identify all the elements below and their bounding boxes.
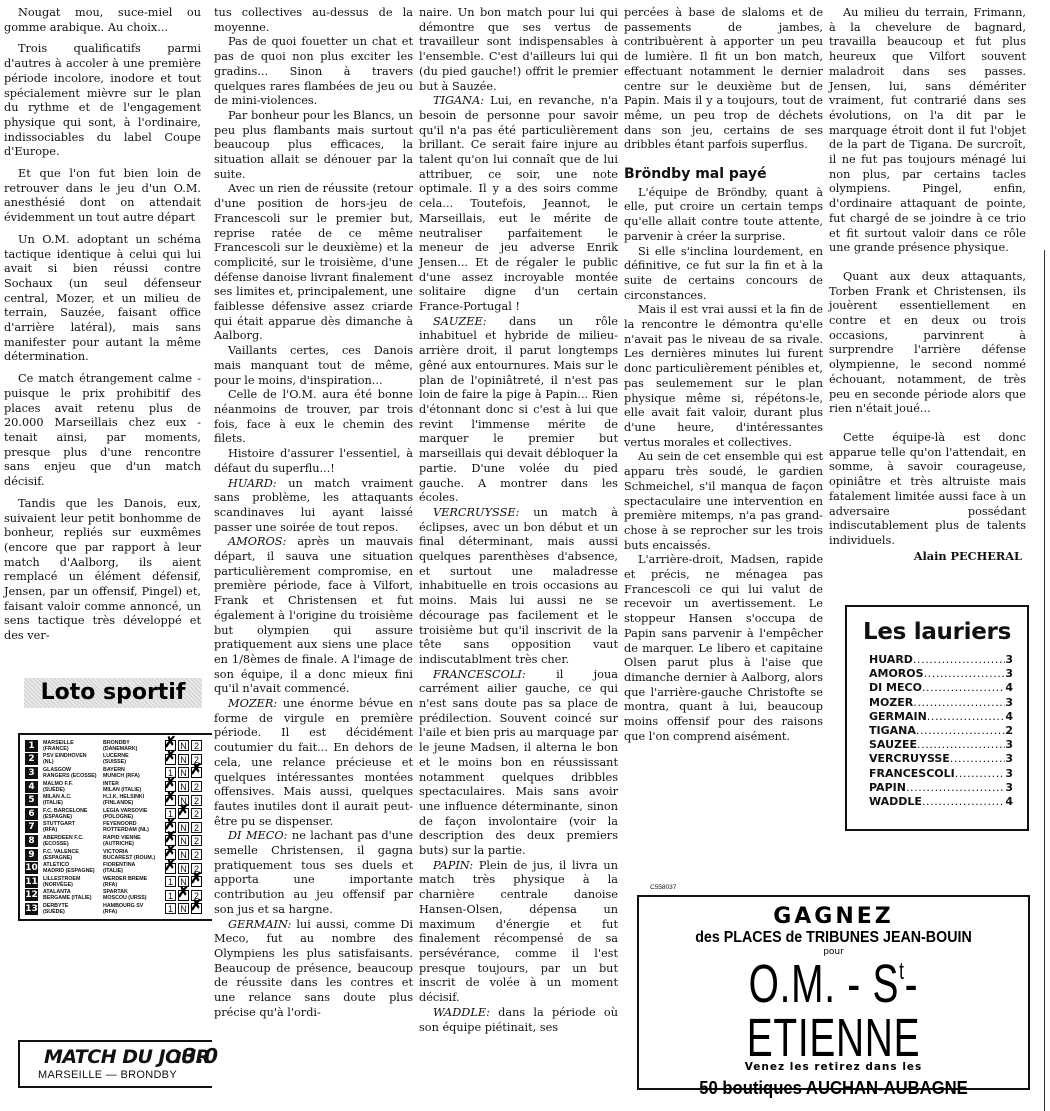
loto-home-team: GlasgowRangers (Ecosse) bbox=[43, 767, 101, 779]
match-du-jour-box: MATCH DU JOUR :3.0 MARSEILLE — BRONDBY bbox=[18, 1040, 212, 1088]
paragraph-text: Celle de l'O.M. aura été bonne néanmoins… bbox=[214, 388, 413, 445]
paragraph: MOZER: une énorme bévue en forme de virg… bbox=[214, 697, 413, 829]
article-column-4: percées à base de slaloms et de passemen… bbox=[624, 6, 823, 744]
paragraph: AMOROS: après un mauvais départ, il sauv… bbox=[214, 535, 413, 697]
paragraph-text: dans un rôle inhabituel et hybride de mi… bbox=[419, 315, 618, 504]
loto-row: 10AtleticoMadrid (Espagne)Fiorentina(Ita… bbox=[20, 861, 212, 875]
loto-home-team: Milan A.C.(Italie) bbox=[43, 794, 101, 806]
loto-away-team: Rapid Vienne(Autriche) bbox=[103, 835, 161, 847]
loto-home-team: Derbyte(Suède) bbox=[43, 903, 101, 915]
paragraph: GERMAIN: lui aussi, comme Di Meco, fut a… bbox=[214, 918, 413, 1021]
loto-away-team: Hambourg SV(RFA) bbox=[103, 903, 161, 915]
player-score: 3 bbox=[1005, 653, 1013, 667]
player-name-lead: PAPIN: bbox=[433, 859, 473, 872]
loto-match-number: 9 bbox=[25, 849, 38, 861]
ad-line-places: des PLACES de TRIBUNES JEAN-BOUIN bbox=[655, 929, 1013, 947]
player-name-lead: DI MECO: bbox=[228, 829, 287, 842]
loto-match-number: 8 bbox=[25, 835, 38, 847]
laurier-rating-row: DI MECO4 bbox=[869, 681, 1013, 695]
paragraph: Histoire d'assurer l'essentiel, à défaut… bbox=[214, 447, 413, 476]
loto-match-number: 12 bbox=[25, 889, 38, 901]
paragraph: SAUZEE: dans un rôle inhabituel et hybri… bbox=[419, 315, 618, 506]
loto-home-team: AtalantaBergame (Italie) bbox=[43, 889, 101, 901]
paragraph: PAPIN: Plein de jus, il livra un match t… bbox=[419, 859, 618, 1006]
lauriers-title: Les lauriers bbox=[847, 619, 1027, 645]
player-name: MOZER bbox=[869, 696, 913, 710]
lauriers-box: Les lauriers HUARD3AMOROS3DI MECO4MOZER3… bbox=[845, 605, 1029, 831]
loto-choice-n[interactable]: N bbox=[178, 822, 189, 833]
ad-code: C558037 bbox=[650, 884, 676, 891]
dot-leader bbox=[913, 653, 1005, 667]
laurier-rating-row: AMOROS3 bbox=[869, 667, 1013, 681]
loto-choice-n[interactable]: N bbox=[178, 849, 189, 860]
article-column-1: Nougat mou, suce-miel ou gomme arabique.… bbox=[4, 6, 201, 644]
loto-choice-n-checked[interactable]: N bbox=[178, 808, 189, 819]
loto-home-team: F.C. Barcelone(Espagne) bbox=[43, 808, 101, 820]
paragraph-text: une énorme bévue en forme de virgule en … bbox=[214, 697, 413, 828]
paragraph: HUARD: un match vraiment sans problème, … bbox=[214, 477, 413, 536]
ad-line-boutiques: 50 boutiques AUCHAN-AUBAGNE bbox=[658, 1076, 1008, 1100]
paragraph: Nougat mou, suce-miel ou gomme arabique.… bbox=[4, 6, 201, 35]
laurier-rating-row: TIGANA2 bbox=[869, 724, 1013, 738]
match-du-jour-score: :3.0 bbox=[175, 1044, 218, 1068]
player-name: PAPIN bbox=[869, 781, 906, 795]
player-name-lead: MOZER: bbox=[228, 697, 277, 710]
paragraph: Cette équipe-là est donc apparue telle q… bbox=[829, 431, 1026, 549]
loto-choice-2-checked[interactable]: 2 bbox=[191, 903, 202, 914]
loto-choice-boxes: 1N2 bbox=[165, 903, 202, 914]
paragraph: Quant aux deux attaquants, Torben Frank … bbox=[829, 270, 1026, 417]
player-name: VERCRUYSSE bbox=[869, 752, 950, 766]
paragraph: DI MECO: ne lachant pas d'une semelle Ch… bbox=[214, 829, 413, 917]
loto-choice-n[interactable]: N bbox=[178, 740, 189, 751]
loto-row: 4Malmo F.F.(Suède)InterMilan (Italie)1N2 bbox=[20, 780, 212, 794]
loto-choice-n[interactable]: N bbox=[178, 754, 189, 765]
loto-row: 12AtalantaBergame (Italie)SpartakMoscou … bbox=[20, 889, 212, 903]
ad-headline: GAGNEZ bbox=[639, 905, 1028, 929]
loto-away-team: InterMilan (Italie) bbox=[103, 781, 161, 793]
paragraph-text: Vaillants certes, ces Danois mais manqua… bbox=[214, 344, 413, 386]
player-score: 4 bbox=[1005, 795, 1013, 809]
player-name-lead: WADDLE: bbox=[433, 1006, 490, 1019]
loto-choice-n[interactable]: N bbox=[178, 863, 189, 874]
paragraph: Et que l'on fut bien loin de retrouver d… bbox=[4, 167, 201, 226]
loto-match-number: 11 bbox=[25, 876, 38, 888]
loto-choice-1-checked[interactable]: 1 bbox=[165, 754, 176, 765]
paragraph: Mais il est vrai aussi et la fin de la r… bbox=[624, 303, 823, 450]
paragraph: Au milieu du terrain, Frimann, à la chev… bbox=[829, 6, 1026, 256]
loto-match-number: 4 bbox=[25, 781, 38, 793]
paragraph: Pas de quoi fouetter un chat et pas de q… bbox=[214, 35, 413, 109]
loto-choice-2-checked[interactable]: 2 bbox=[191, 767, 202, 778]
loto-choice-1[interactable]: 1 bbox=[165, 903, 176, 914]
ad-match-left: O.M. - S bbox=[749, 954, 899, 1014]
loto-row: 6F.C. Barcelone(Espagne)Legia Varsovie(P… bbox=[20, 807, 212, 821]
player-name-lead: GERMAIN: bbox=[228, 918, 291, 931]
player-score: 2 bbox=[1005, 724, 1013, 738]
player-name: HUARD bbox=[869, 653, 913, 667]
dot-leader bbox=[916, 724, 1005, 738]
loto-home-team: Aberdeen F.C.(Ecosse) bbox=[43, 835, 101, 847]
player-name: FRANCESCOLI bbox=[869, 767, 955, 781]
loto-away-team: H.J.K. Helsinki(Finlande) bbox=[103, 794, 161, 806]
loto-home-team: Marseille(France) bbox=[43, 740, 101, 752]
paragraph-text: Par bonheur pour les Blancs, un peu plus… bbox=[214, 109, 413, 181]
section-subhead: Bröndby mal payé bbox=[624, 167, 823, 182]
loto-away-team: FeyenoordRotterdam (NL) bbox=[103, 821, 161, 833]
loto-choice-2[interactable]: 2 bbox=[191, 740, 202, 751]
paragraph-text: Histoire d'assurer l'essentiel, à défaut… bbox=[214, 447, 413, 475]
paragraph: Par bonheur pour les Blancs, un peu plus… bbox=[214, 109, 413, 183]
loto-choice-n[interactable]: N bbox=[178, 903, 189, 914]
loto-row: 1Marseille(France)Brondby(Danemark)1N2 bbox=[20, 739, 212, 753]
paragraph: Ce match étrangement calme - puisque le … bbox=[4, 372, 201, 490]
paragraph-text: après un mauvais départ, il sauva une si… bbox=[214, 535, 413, 695]
paragraph-text: Lui, en revanche, n'a besoin de personne… bbox=[419, 94, 618, 313]
laurier-rating-row: FRANCESCOLI3 bbox=[869, 767, 1013, 781]
loto-choice-2[interactable]: 2 bbox=[191, 781, 202, 792]
player-name: SAUZEE bbox=[869, 738, 917, 752]
player-score: 4 bbox=[1005, 681, 1013, 695]
loto-home-team: Lillestroem(Norvège) bbox=[43, 876, 101, 888]
loto-row: 7Stuttgart(RFA)FeyenoordRotterdam (NL)1N… bbox=[20, 821, 212, 835]
player-name: TIGANA bbox=[869, 724, 916, 738]
paragraph: tus collectives au-dessus de la moyenne. bbox=[214, 6, 413, 35]
loto-choice-1-checked[interactable]: 1 bbox=[165, 863, 176, 874]
paragraph-text: tus collectives au-dessus de la moyenne. bbox=[214, 6, 413, 34]
player-name-lead: AMOROS: bbox=[228, 535, 286, 548]
loto-row: 8Aberdeen F.C.(Ecosse)Rapid Vienne(Autri… bbox=[20, 834, 212, 848]
loto-choice-n[interactable]: N bbox=[178, 835, 189, 846]
loto-away-team: SpartakMoscou (URSS) bbox=[103, 889, 161, 901]
advertisement: GAGNEZ des PLACES de TRIBUNES JEAN-BOUIN… bbox=[637, 895, 1030, 1090]
loto-choice-2[interactable]: 2 bbox=[191, 849, 202, 860]
loto-sportif-grid: 1Marseille(France)Brondby(Danemark)1N22P… bbox=[18, 733, 212, 921]
paragraph-text: Plein de jus, il livra un match très phy… bbox=[419, 859, 618, 1004]
paragraph: TIGANA: Lui, en revanche, n'a besoin de … bbox=[419, 94, 618, 315]
loto-away-team: Lucerne(Suisse) bbox=[103, 753, 161, 765]
paragraph: Un O.M. adoptant un schéma tactique iden… bbox=[4, 233, 201, 365]
player-score: 3 bbox=[1005, 767, 1013, 781]
author-byline: Alain PECHERAL bbox=[829, 549, 1026, 564]
player-name-lead: SAUZEE: bbox=[433, 315, 487, 328]
loto-match-number: 3 bbox=[25, 767, 38, 779]
paragraph: Avec un rien de réussite (retour d'une p… bbox=[214, 182, 413, 344]
paragraph: L'équipe de Bröndby, quant à elle, put c… bbox=[624, 186, 823, 245]
loto-choice-2[interactable]: 2 bbox=[191, 822, 202, 833]
paragraph: Celle de l'O.M. aura été bonne néanmoins… bbox=[214, 388, 413, 447]
loto-away-team: Fiorentina(Italie) bbox=[103, 862, 161, 874]
match-du-jour-teams: MARSEILLE — BRONDBY bbox=[38, 1069, 177, 1081]
loto-choice-2-checked[interactable]: 2 bbox=[191, 876, 202, 887]
loto-choice-2[interactable]: 2 bbox=[191, 795, 202, 806]
paragraph: L'arrière-droit, Madsen, rapide et préci… bbox=[624, 553, 823, 744]
laurier-rating-row: WADDLE4 bbox=[869, 795, 1013, 809]
player-score: 3 bbox=[1005, 738, 1013, 752]
laurier-rating-row: SAUZEE3 bbox=[869, 738, 1013, 752]
dot-leader bbox=[950, 752, 1006, 766]
player-score: 3 bbox=[1005, 696, 1013, 710]
column-divider bbox=[1044, 250, 1045, 1111]
dot-leader bbox=[922, 795, 1005, 809]
player-score: 3 bbox=[1005, 752, 1013, 766]
article-column-2: tus collectives au-dessus de la moyenne.… bbox=[214, 6, 413, 1021]
loto-away-team: BayernMunich (RFA) bbox=[103, 767, 161, 779]
paragraph-text: il joua carrément ailier gauche, ce qui … bbox=[419, 668, 618, 857]
loto-match-number: 2 bbox=[25, 753, 38, 765]
laurier-rating-row: GERMAIN4 bbox=[869, 710, 1013, 724]
player-score: 4 bbox=[1005, 710, 1013, 724]
loto-home-team: PSV Eindhoven(NL) bbox=[43, 753, 101, 765]
paragraph: Tandis que les Danois, eux, suivaient le… bbox=[4, 497, 201, 644]
loto-home-team: Stuttgart(RFA) bbox=[43, 821, 101, 833]
paragraph: Au sein de cet ensemble qui est apparu t… bbox=[624, 450, 823, 553]
player-name: DI MECO bbox=[869, 681, 922, 695]
loto-choice-n[interactable]: N bbox=[178, 767, 189, 778]
loto-match-number: 1 bbox=[25, 740, 38, 752]
lauriers-ratings-list: HUARD3AMOROS3DI MECO4MOZER3GERMAIN4TIGAN… bbox=[869, 653, 1013, 809]
article-column-5: Au milieu du terrain, Frimann, à la chev… bbox=[829, 6, 1026, 563]
paragraph-text: Avec un rien de réussite (retour d'une p… bbox=[214, 182, 413, 342]
player-name-lead: VERCRUYSSE: bbox=[433, 506, 519, 519]
loto-choice-n-checked[interactable]: N bbox=[178, 890, 189, 901]
loto-away-team: Legia Varsovie(Pologne) bbox=[103, 808, 161, 820]
dot-leader bbox=[927, 710, 1006, 724]
player-score: 3 bbox=[1005, 667, 1013, 681]
dot-leader bbox=[917, 738, 1005, 752]
player-name: AMOROS bbox=[869, 667, 924, 681]
loto-row: 9F.C. Valence(Espagne)VictoriaBucarest (… bbox=[20, 848, 212, 862]
dot-leader bbox=[955, 767, 1006, 781]
loto-home-team: AtleticoMadrid (Espagne) bbox=[43, 862, 101, 874]
loto-choice-2[interactable]: 2 bbox=[191, 808, 202, 819]
ad-match-title: O.M. - St-ETIENNE bbox=[693, 957, 973, 1065]
player-name: WADDLE bbox=[869, 795, 922, 809]
paragraph: FRANCESCOLI: il joua carrément ailier ga… bbox=[419, 668, 618, 859]
loto-choice-1[interactable]: 1 bbox=[165, 890, 176, 901]
dot-leader bbox=[924, 667, 1006, 681]
loto-match-number: 5 bbox=[25, 794, 38, 806]
laurier-rating-row: HUARD3 bbox=[869, 653, 1013, 667]
loto-sportif-title: Loto sportif bbox=[24, 678, 202, 708]
dot-leader bbox=[906, 781, 1005, 795]
loto-away-team: VictoriaBucarest (Roum.) bbox=[103, 849, 161, 861]
laurier-rating-row: PAPIN3 bbox=[869, 781, 1013, 795]
paragraph: Trois qualificatifs parmi d'autres à acc… bbox=[4, 42, 201, 160]
loto-choice-1-checked[interactable]: 1 bbox=[165, 795, 176, 806]
loto-match-number: 7 bbox=[25, 821, 38, 833]
paragraph: WADDLE: dans la période où son équipe pi… bbox=[419, 1006, 618, 1035]
loto-row: 3GlasgowRangers (Ecosse)BayernMunich (RF… bbox=[20, 766, 212, 780]
loto-match-number: 10 bbox=[25, 862, 38, 874]
paragraph: percées à base de slaloms et de passemen… bbox=[624, 6, 823, 153]
player-name-lead: FRANCESCOLI: bbox=[433, 668, 526, 681]
loto-choice-1[interactable]: 1 bbox=[165, 876, 176, 887]
paragraph: naire. Un bon match pour lui qui démontr… bbox=[419, 6, 618, 94]
dot-leader bbox=[922, 681, 1005, 695]
loto-choice-n[interactable]: N bbox=[178, 781, 189, 792]
paragraph: VERCRUYSSE: un match à éclipses, avec un… bbox=[419, 506, 618, 668]
paragraph: Si elle s'inclina lourdement, en définit… bbox=[624, 245, 823, 304]
dot-leader bbox=[913, 696, 1005, 710]
loto-row: 13Derbyte(Suède)Hambourg SV(RFA)1N2 bbox=[20, 902, 212, 916]
player-name: GERMAIN bbox=[869, 710, 927, 724]
newspaper-page: Nougat mou, suce-miel ou gomme arabique.… bbox=[0, 0, 1050, 1111]
paragraph-text: Pas de quoi fouetter un chat et pas de q… bbox=[214, 35, 413, 107]
loto-match-number: 6 bbox=[25, 808, 38, 820]
player-score: 3 bbox=[1005, 781, 1013, 795]
paragraph-text: lui aussi, comme Di Meco, fut au nombre … bbox=[214, 918, 413, 1019]
loto-away-team: Werder Breme(RFA) bbox=[103, 876, 161, 888]
paragraph-text: un match à éclipses, avec un bon début e… bbox=[419, 506, 618, 666]
loto-match-number: 13 bbox=[25, 903, 38, 915]
paragraph-text: naire. Un bon match pour lui qui démontr… bbox=[419, 6, 618, 93]
player-name-lead: HUARD: bbox=[228, 477, 277, 490]
loto-home-team: Malmo F.F.(Suède) bbox=[43, 781, 101, 793]
loto-away-team: Brondby(Danemark) bbox=[103, 740, 161, 752]
laurier-rating-row: VERCRUYSSE3 bbox=[869, 752, 1013, 766]
loto-row: 2PSV Eindhoven(NL)Lucerne(Suisse)1N2 bbox=[20, 753, 212, 767]
player-name-lead: TIGANA: bbox=[433, 94, 484, 107]
loto-choice-2[interactable]: 2 bbox=[191, 835, 202, 846]
laurier-rating-row: MOZER3 bbox=[869, 696, 1013, 710]
loto-home-team: F.C. Valence(Espagne) bbox=[43, 849, 101, 861]
paragraph: Vaillants certes, ces Danois mais manqua… bbox=[214, 344, 413, 388]
article-column-3: naire. Un bon match pour lui qui démontr… bbox=[419, 6, 618, 1035]
